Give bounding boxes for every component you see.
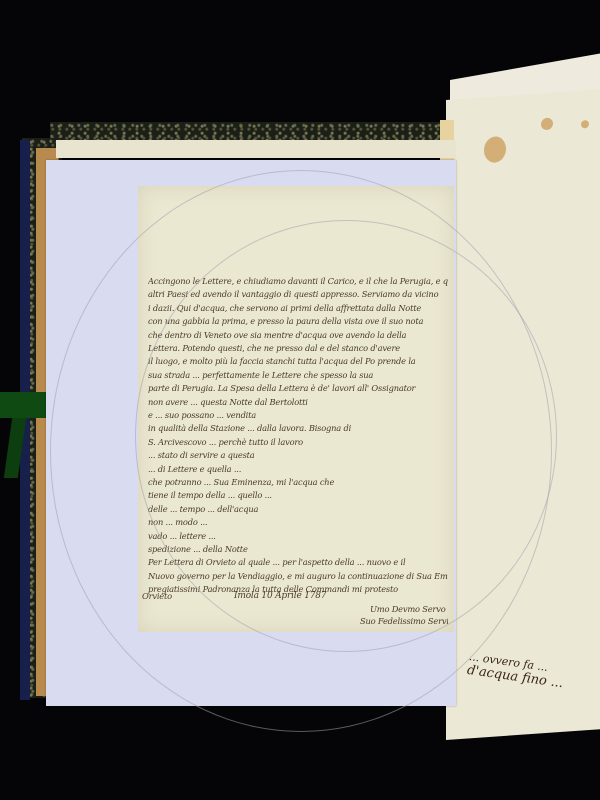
light-reflection-ring <box>135 220 557 652</box>
folder-marbled-cover-top <box>50 122 450 142</box>
foxing-stain <box>484 136 506 164</box>
foxing-stain <box>581 120 589 129</box>
foxing-stain <box>541 118 553 131</box>
underlying-sheet <box>56 140 456 158</box>
green-ribbon-tie <box>0 392 50 418</box>
